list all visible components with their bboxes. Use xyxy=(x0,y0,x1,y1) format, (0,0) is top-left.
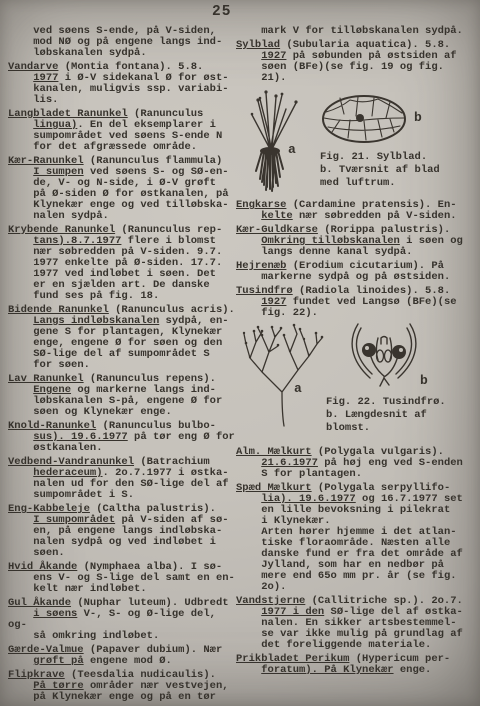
entry-gul-aakande: Gul Åkande (Nuphar luteum). Udbredt i sø… xyxy=(8,598,241,642)
entry-text: flere i blomst nær søbredden på V-siden.… xyxy=(8,235,222,302)
entry-text: engene mod Ø. xyxy=(84,655,172,667)
entry-gaerde-valmue: Gærde-Valmue (Papaver dubium). Nær grøft… xyxy=(8,645,241,667)
entry-text-underlined: kelte xyxy=(261,210,293,222)
entry-krybende-ranunkel: Krybende Ranunkel (Ranunculus rep- tans)… xyxy=(8,225,241,302)
fig22-label-a: a xyxy=(294,382,302,395)
entry-spaed-maelkurt: Spæd Mælkurt (Polygala serpyllifo- lia).… xyxy=(236,483,469,593)
entry-flipkrave: Flipkrave (Teesdalia nudicaulis). På tør… xyxy=(8,670,241,703)
entry-langbladet-ranunkel: Langbladet Ranunkel (Ranunculus lingua).… xyxy=(8,109,241,153)
entry-text-underlined: grøft på xyxy=(33,655,83,667)
entry-kaer-guldkarse: Kær-Guldkarse (Rorippa palustris). Omkri… xyxy=(236,225,469,258)
fig21-plant-illustration xyxy=(242,87,304,193)
entry-knold-ranunkel: Knold-Ranunkel (Ranunculus bulbo- sus). … xyxy=(8,421,241,454)
entry-prikbladet-perikum: Prikbladet Perikum (Hypericum per- forat… xyxy=(236,654,469,676)
right-column: mark V for tilløbskanalen sydpå. Sylblad… xyxy=(236,26,469,679)
entry-tusindfroe: Tusindfrø (Radiola linoides). 5.8. 1927 … xyxy=(236,286,469,319)
continuation-paragraph: ved søens S-ende, på V-siden, mod NØ og … xyxy=(8,26,241,59)
scanned-page: 25 ved søens S-ende, på V-siden, mod NØ … xyxy=(0,0,480,706)
entry-text-underlined: foratum). På Klynekær xyxy=(261,664,393,676)
fig21-caption: Fig. 21. Sylblad. b. Tværsnit af blad me… xyxy=(320,151,440,190)
continuation-paragraph: mark V for tilløbskanalen sydpå. xyxy=(236,26,469,37)
fig21-label-a: a xyxy=(288,143,296,156)
entry-hejrenaeb: Hejrenæb (Erodium cicutarium). På marker… xyxy=(236,261,469,283)
entry-text: nær søbredden på V-siden. xyxy=(293,210,457,222)
entry-alm-maelkurt: Alm. Mælkurt (Polygala vulgaris). 21.6.1… xyxy=(236,447,469,480)
entry-sylblad: Sylblad (Subularia aquatica). 5.8. 1927 … xyxy=(236,40,469,84)
entry-engkarse: Engkarse (Cardamine pratensis). En- kelt… xyxy=(236,200,469,222)
entry-vedbend-vandranunkel: Vedbend-Vandranunkel (Batrachium hederac… xyxy=(8,457,241,501)
entry-text: enge. xyxy=(394,664,432,676)
fig22-label-b: b xyxy=(420,374,428,387)
left-column: ved søens S-ende, på V-siden, mod NØ og … xyxy=(8,26,241,706)
entry-bidende-ranunkel: Bidende Ranunkel (Ranunculus acris). Lan… xyxy=(8,305,241,371)
entry-hvid-aakande: Hvid Åkande (Nymphaea alba). I sø- ens V… xyxy=(8,562,241,595)
fig21-label-b: b xyxy=(414,111,422,124)
fig22-plant-illustration xyxy=(242,322,326,428)
fig21-cross-section-illustration xyxy=(320,93,408,145)
fig22-caption: Fig. 22. Tusindfrø. b. Længdesnit af blo… xyxy=(326,396,446,435)
figure-21: a b Fig. 21. Sylblad. b. Tværsnit af bla… xyxy=(236,87,469,195)
figure-22: a b Fig. 22. Tusindfrø. b. Længdesnit af… xyxy=(236,322,469,442)
fig22-flower-section-illustration xyxy=(344,322,424,390)
entry-kaer-ranunkel: Kær-Ranunkel (Ranunculus flammula) I sum… xyxy=(8,156,241,222)
entry-eng-kabbeleje: Eng-Kabbeleje (Caltha palustris). I sump… xyxy=(8,504,241,559)
entry-vandarve: Vandarve (Montia fontana). 5.8. 1977 i Ø… xyxy=(8,62,241,106)
entry-lav-ranunkel: Lav Ranunkel (Ranunculus repens). Engene… xyxy=(8,374,241,418)
entry-vandstjerne: Vandstjerne (Callitriche sp.). 2o.7. 197… xyxy=(236,596,469,651)
page-number: 25 xyxy=(212,5,231,20)
entry-text-underlined: i søens xyxy=(33,608,77,620)
entry-text: og 16.7.1977 set en lille bevoksning i p… xyxy=(236,493,463,593)
